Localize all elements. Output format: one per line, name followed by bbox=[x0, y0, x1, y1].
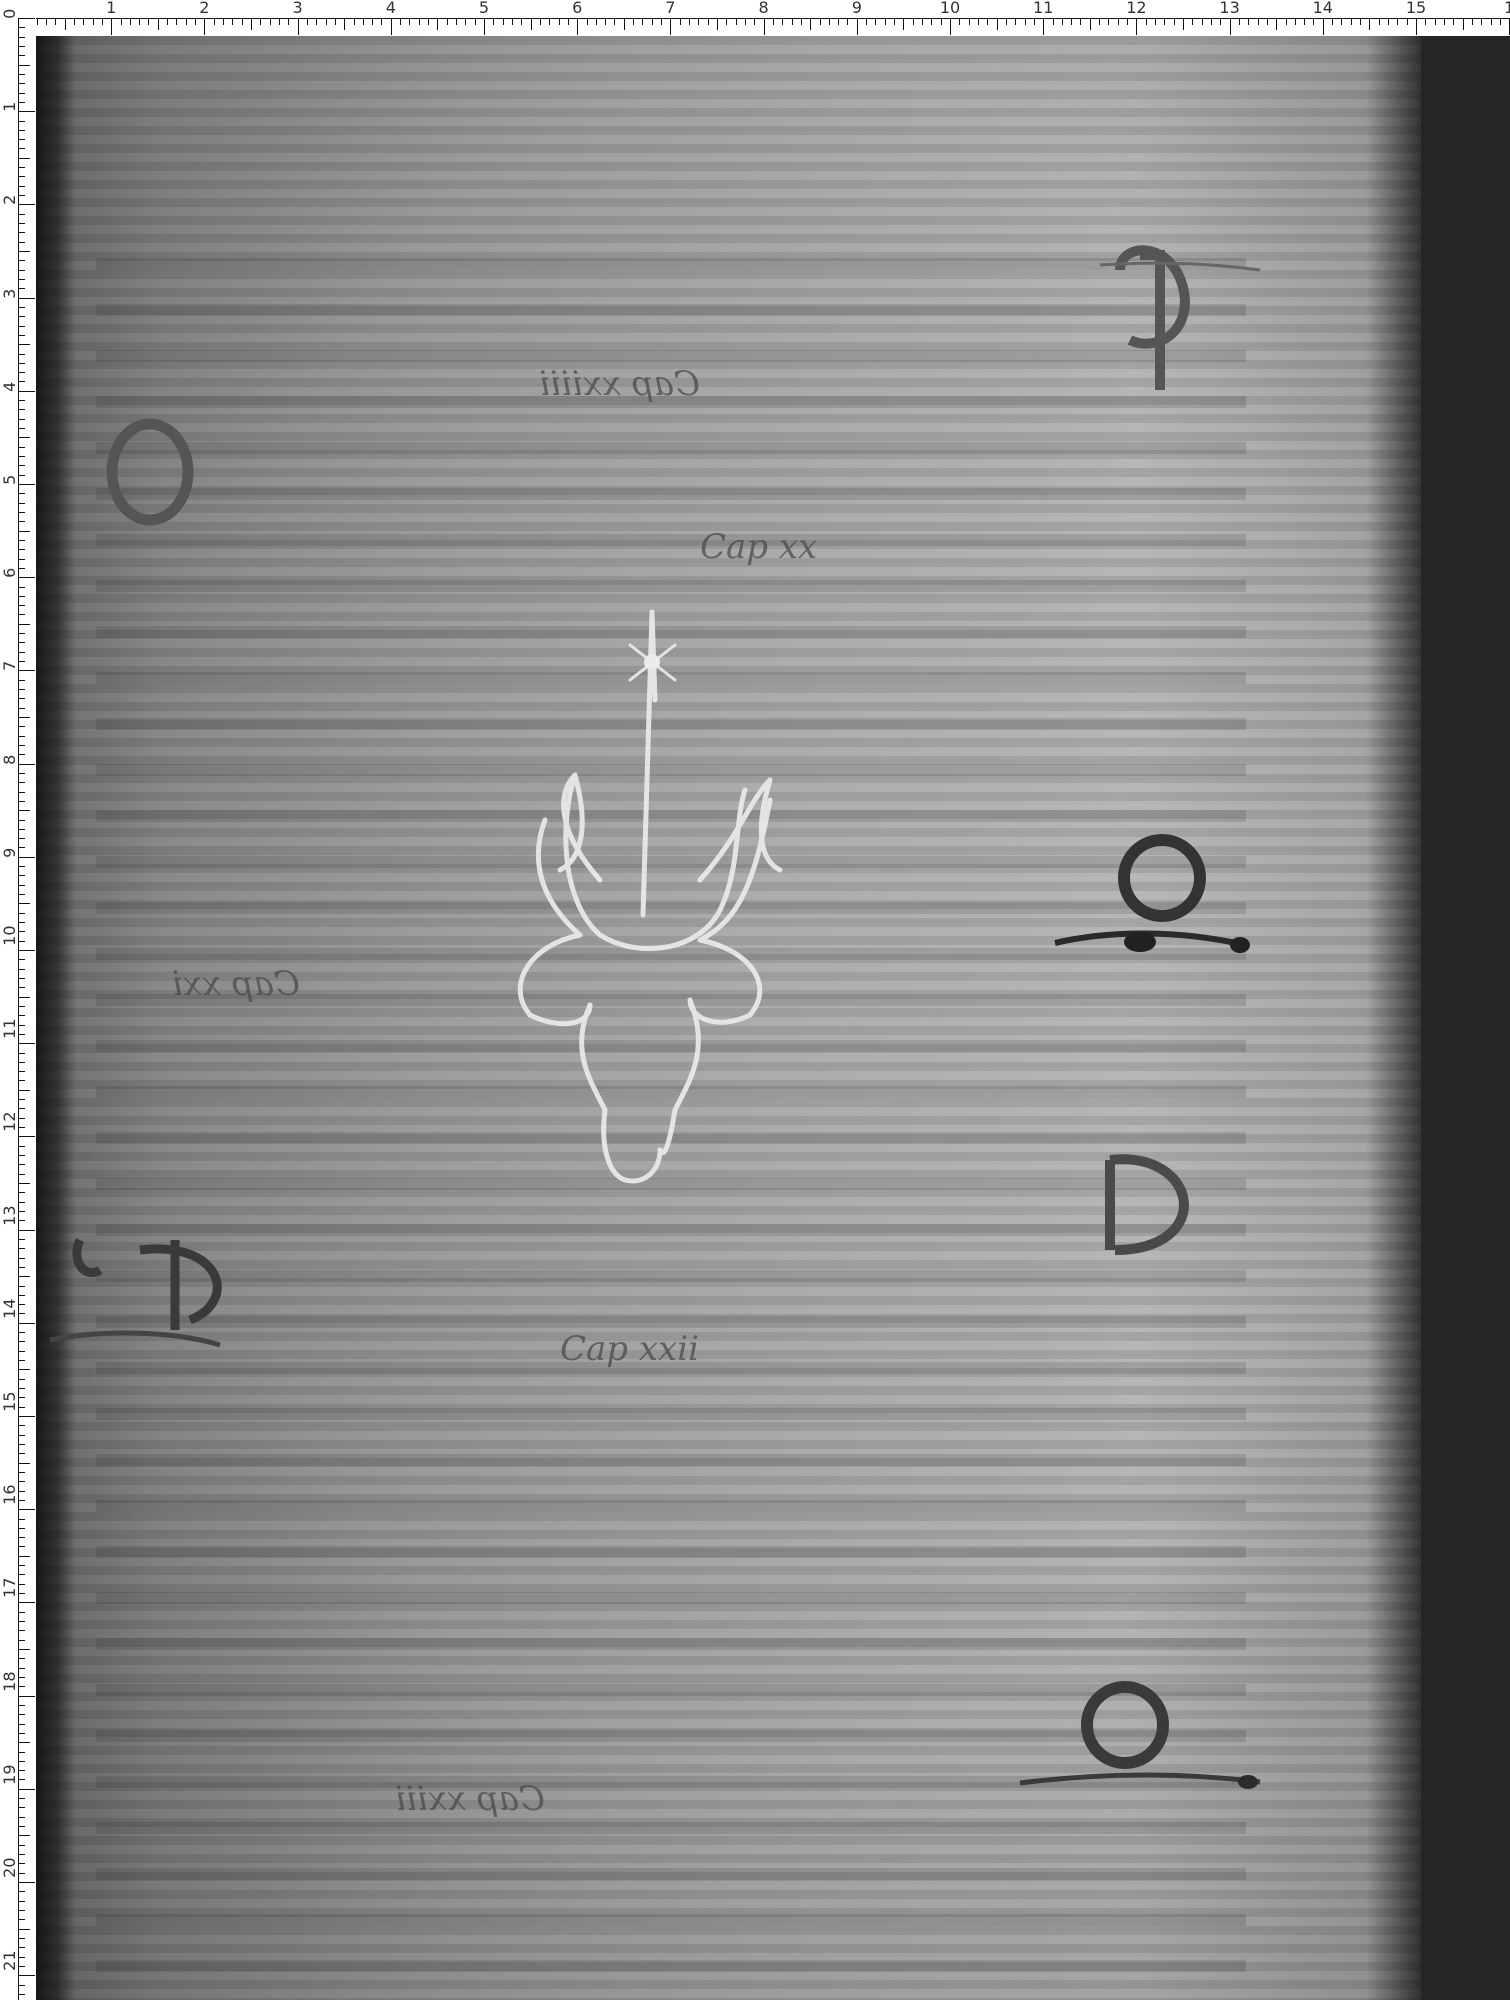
svg-text:Cap xxii: Cap xxii bbox=[560, 1329, 699, 1369]
svg-text:Cap xxiii: Cap xxiii bbox=[395, 1779, 545, 1819]
initial-q-right-lower bbox=[1020, 1687, 1260, 1789]
rubric-headings: Cap xxiiii Cap xx Cap xxi Cap xxii Cap x… bbox=[172, 364, 817, 1819]
svg-text:Cap xxi: Cap xxi bbox=[172, 964, 300, 1004]
initial-q-right-upper bbox=[1055, 840, 1250, 953]
watermark-bull-head-icon bbox=[520, 612, 780, 1181]
svg-text:Cap xx: Cap xx bbox=[700, 527, 817, 567]
initial-o-left bbox=[112, 424, 188, 520]
svg-text:Cap xxiiii: Cap xxiiii bbox=[539, 364, 700, 404]
initial-p-top-right bbox=[1100, 250, 1260, 390]
manuscript-features: Cap xxiiii Cap xx Cap xxi Cap xxii Cap x… bbox=[0, 0, 1510, 2000]
initial-d-right-middle bbox=[1110, 1159, 1184, 1250]
initial-p-left-lower bbox=[50, 1240, 220, 1345]
